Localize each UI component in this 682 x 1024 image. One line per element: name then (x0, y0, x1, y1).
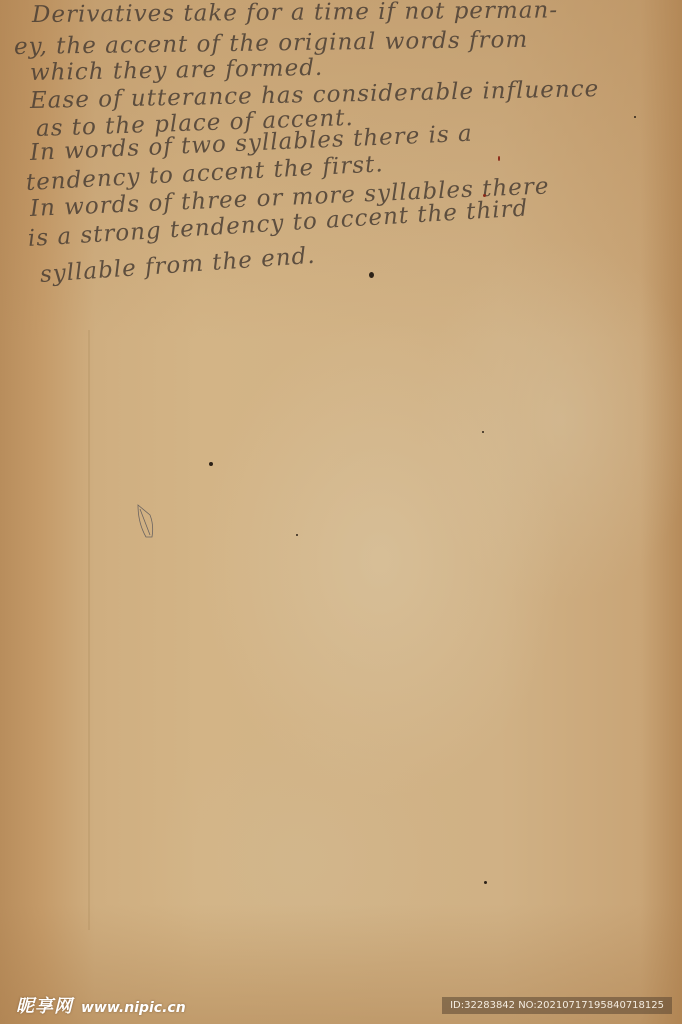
watermark-brand: 昵享网 www.nipic.cn (16, 992, 186, 1018)
paper-fold-crease (88, 330, 90, 930)
ink-speck (634, 116, 636, 118)
handwritten-text-block: Derivatives take for a time if not perma… (0, 0, 682, 330)
aged-paper-page: Derivatives take for a time if not perma… (0, 0, 682, 1024)
ink-speck (483, 194, 486, 197)
handwriting-line: syllable from the end. (39, 243, 316, 288)
ink-speck (484, 881, 487, 884)
ink-speck (482, 431, 484, 433)
watermark-url: www.nipic.cn (81, 1000, 186, 1016)
ink-speck (209, 462, 213, 466)
handwriting-line: which they are formed. (30, 55, 324, 86)
pencil-leaf-sketch-icon (136, 503, 156, 539)
ink-speck (498, 156, 500, 161)
watermark-brand-name: 昵享网 (16, 992, 73, 1018)
ink-speck (369, 272, 374, 278)
watermark-id-label: ID:32283842 NO:20210717195840718125 (442, 997, 672, 1014)
ink-speck (296, 534, 298, 536)
handwriting-line: Derivatives take for a time if not perma… (32, 0, 558, 28)
